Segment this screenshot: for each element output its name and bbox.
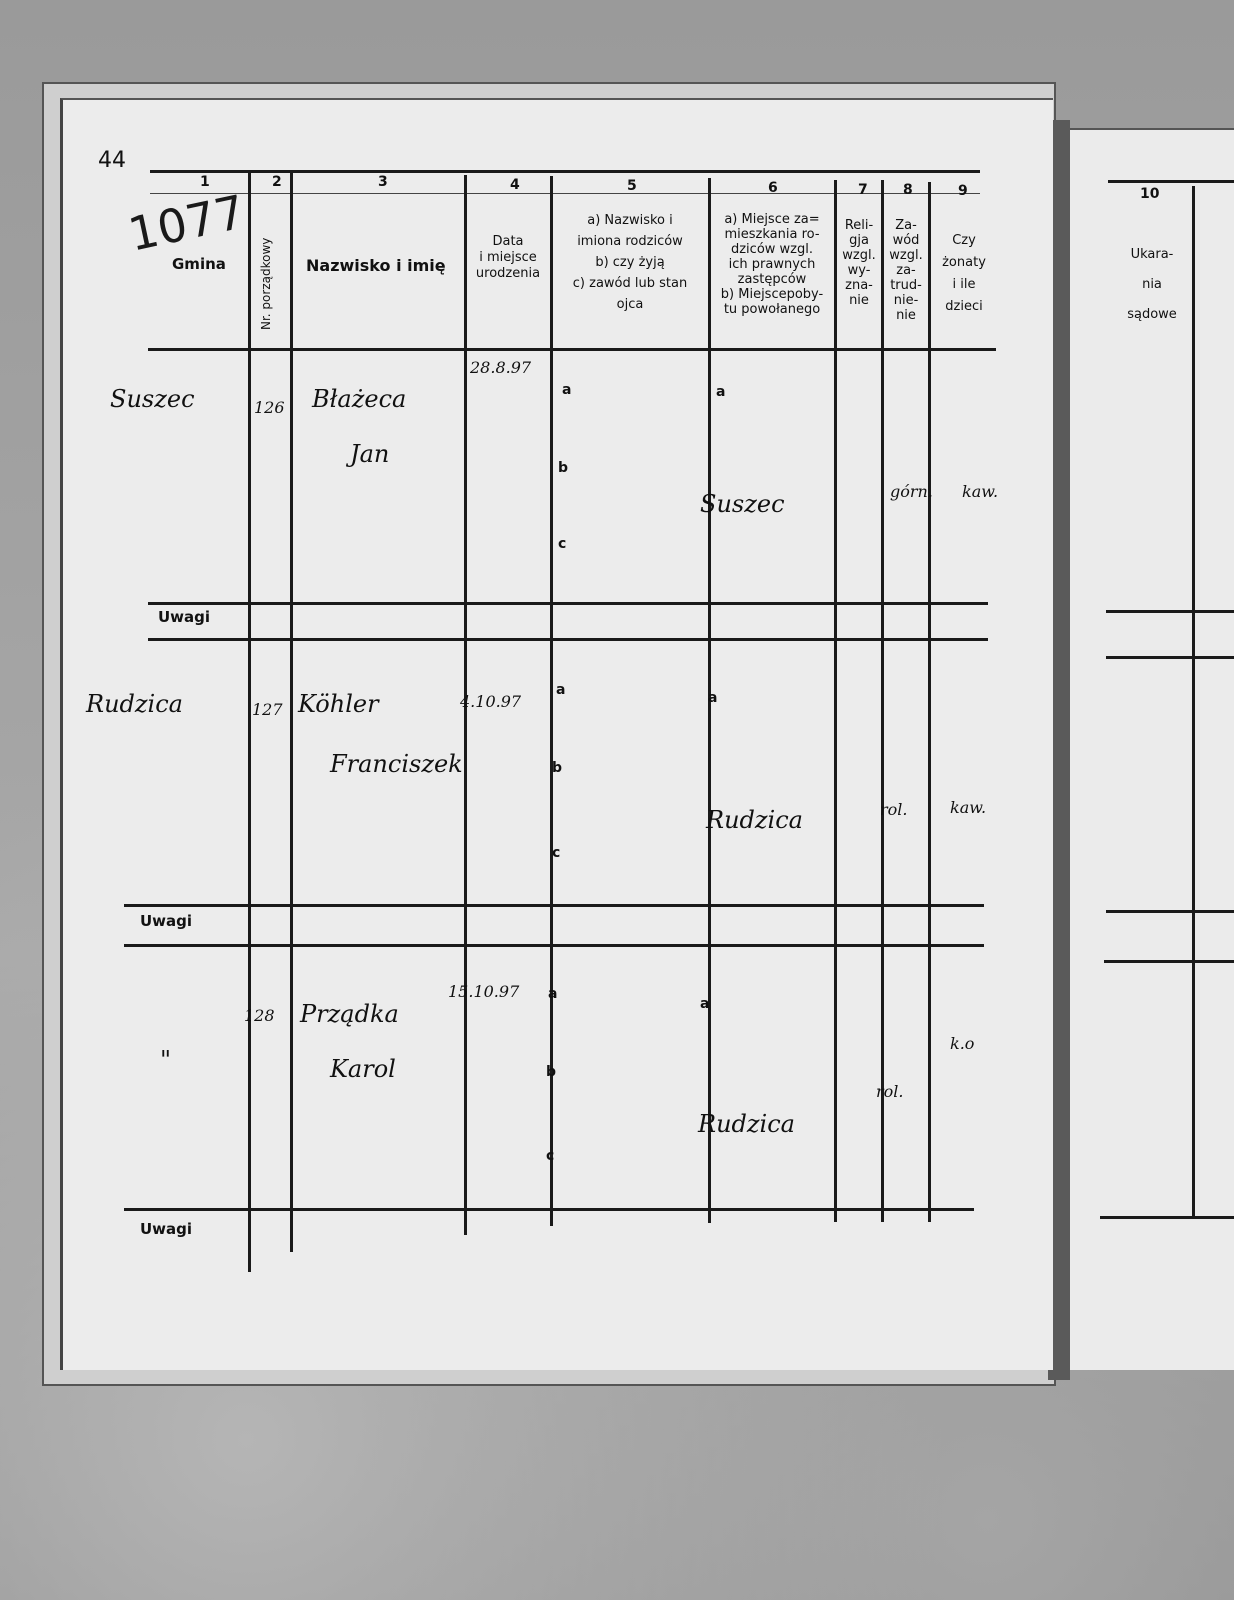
spacer [124,1230,974,1233]
row1-nr: 126 [254,398,285,417]
row2-nr: 127 [252,700,283,719]
col-number-5: 5 [627,178,637,194]
row3-right-rule-b [1100,1216,1234,1219]
row1-marital: kaw. [962,482,998,501]
row1-right-rule [1106,610,1234,613]
row1-uwagi-top [148,602,988,605]
row2-surname: Köhler [298,690,379,718]
row1-occupation: górn. [890,482,933,501]
row1-birthdate: 28.8.97 [470,358,531,377]
col-number-3: 3 [378,174,388,190]
row1-label-b: b [558,460,568,476]
row1-residence: Suszec [700,490,785,518]
row3-firstname: Karol [330,1055,396,1083]
row3-uwagi-top [124,1208,974,1211]
row3-right-rule [1104,960,1234,963]
row3-label-a: a [548,986,557,1002]
col-divider-2 [290,172,293,1252]
row1-label-c: c [558,536,566,552]
row2-birthdate: 4.10.97 [460,692,521,711]
col-divider-10 [1192,186,1195,1216]
right-header-rule [1108,180,1234,183]
row2-res-label-a: a [708,690,717,706]
col-number-9: 9 [958,183,968,199]
col-birth-header: Data i miejsce urodzenia [466,234,550,282]
col-divider-1 [248,172,251,1272]
header-top-rule [150,170,980,173]
row1-res-label-a: a [716,384,725,400]
row3-surname: Prządka [300,1000,399,1028]
row3-birthdate: 15.10.97 [448,982,519,1001]
row2-right-rule [1106,656,1234,659]
row2-firstname: Franciszek [330,750,463,778]
row1-uwagi-bottom [148,638,988,641]
row2-occupation: rol. [880,800,907,819]
row2-label-b: b [552,760,562,776]
col-number-6: 6 [768,180,778,196]
colnum-rule [150,193,980,194]
row2-label-c: c [552,845,560,861]
col-number-10: 10 [1140,186,1159,202]
page-number: 44 [98,148,126,173]
col-number-8: 8 [903,182,913,198]
row1-gmina: Suszec [110,385,195,413]
col-gmina-header: Gmina [172,256,226,272]
row1-remarks-label: Uwagi [158,608,210,626]
col-divider-8 [928,182,931,1222]
row3-remarks-label: Uwagi [140,1220,192,1238]
row3-residence: Rudzica [698,1110,795,1138]
col-divider-6 [834,180,837,1222]
row2-uwagi-bottom [124,944,984,947]
row1-firstname: Jan [350,440,389,468]
col-penalty-header: Ukara- nia sądowe [1112,240,1192,330]
row2-label-a: a [556,682,565,698]
header-bottom-rule [148,348,996,351]
row1-label-a: a [562,382,571,398]
col-number-4: 4 [510,177,520,193]
row2-gmina: Rudzica [86,690,183,718]
col-name-header: Nazwisko i imię [306,258,446,274]
col-nr-header: Nr. porządkowy [258,238,274,330]
row3-marital: k.o [950,1034,974,1053]
col-religion-header: Reli- gja wzgl. wy- zna- nie [837,218,881,308]
col-occupation-header: Za- wód wzgl. za- trud- nie- nie [884,218,928,323]
row3-label-c: c [546,1148,554,1164]
col-marital-header: Czy żonaty i ile dzieci [934,230,994,318]
col-number-2: 2 [272,174,282,190]
row2-residence: Rudzica [706,806,803,834]
row3-occupation: rol. [876,1082,903,1101]
row2-right-rule-b [1106,910,1234,913]
col-parents-header: a) Nazwisko i imiona rodziców b) czy żyj… [552,210,708,315]
col-number-7: 7 [858,182,868,198]
row3-gmina: " [160,1046,171,1074]
col-number-1: 1 [200,174,210,190]
row2-remarks-label: Uwagi [140,912,192,930]
col-divider-7 [881,180,884,1222]
row2-uwagi-top [124,904,984,907]
col-residence-header: a) Miejsce za= mieszkania ro- dziców wzg… [710,212,834,317]
row2-marital: kaw. [950,798,986,817]
row3-nr: 128 [244,1006,275,1025]
row1-surname: Błażeca [312,385,406,413]
row3-label-b: b [546,1064,556,1080]
row3-res-label-a: a [700,996,709,1012]
